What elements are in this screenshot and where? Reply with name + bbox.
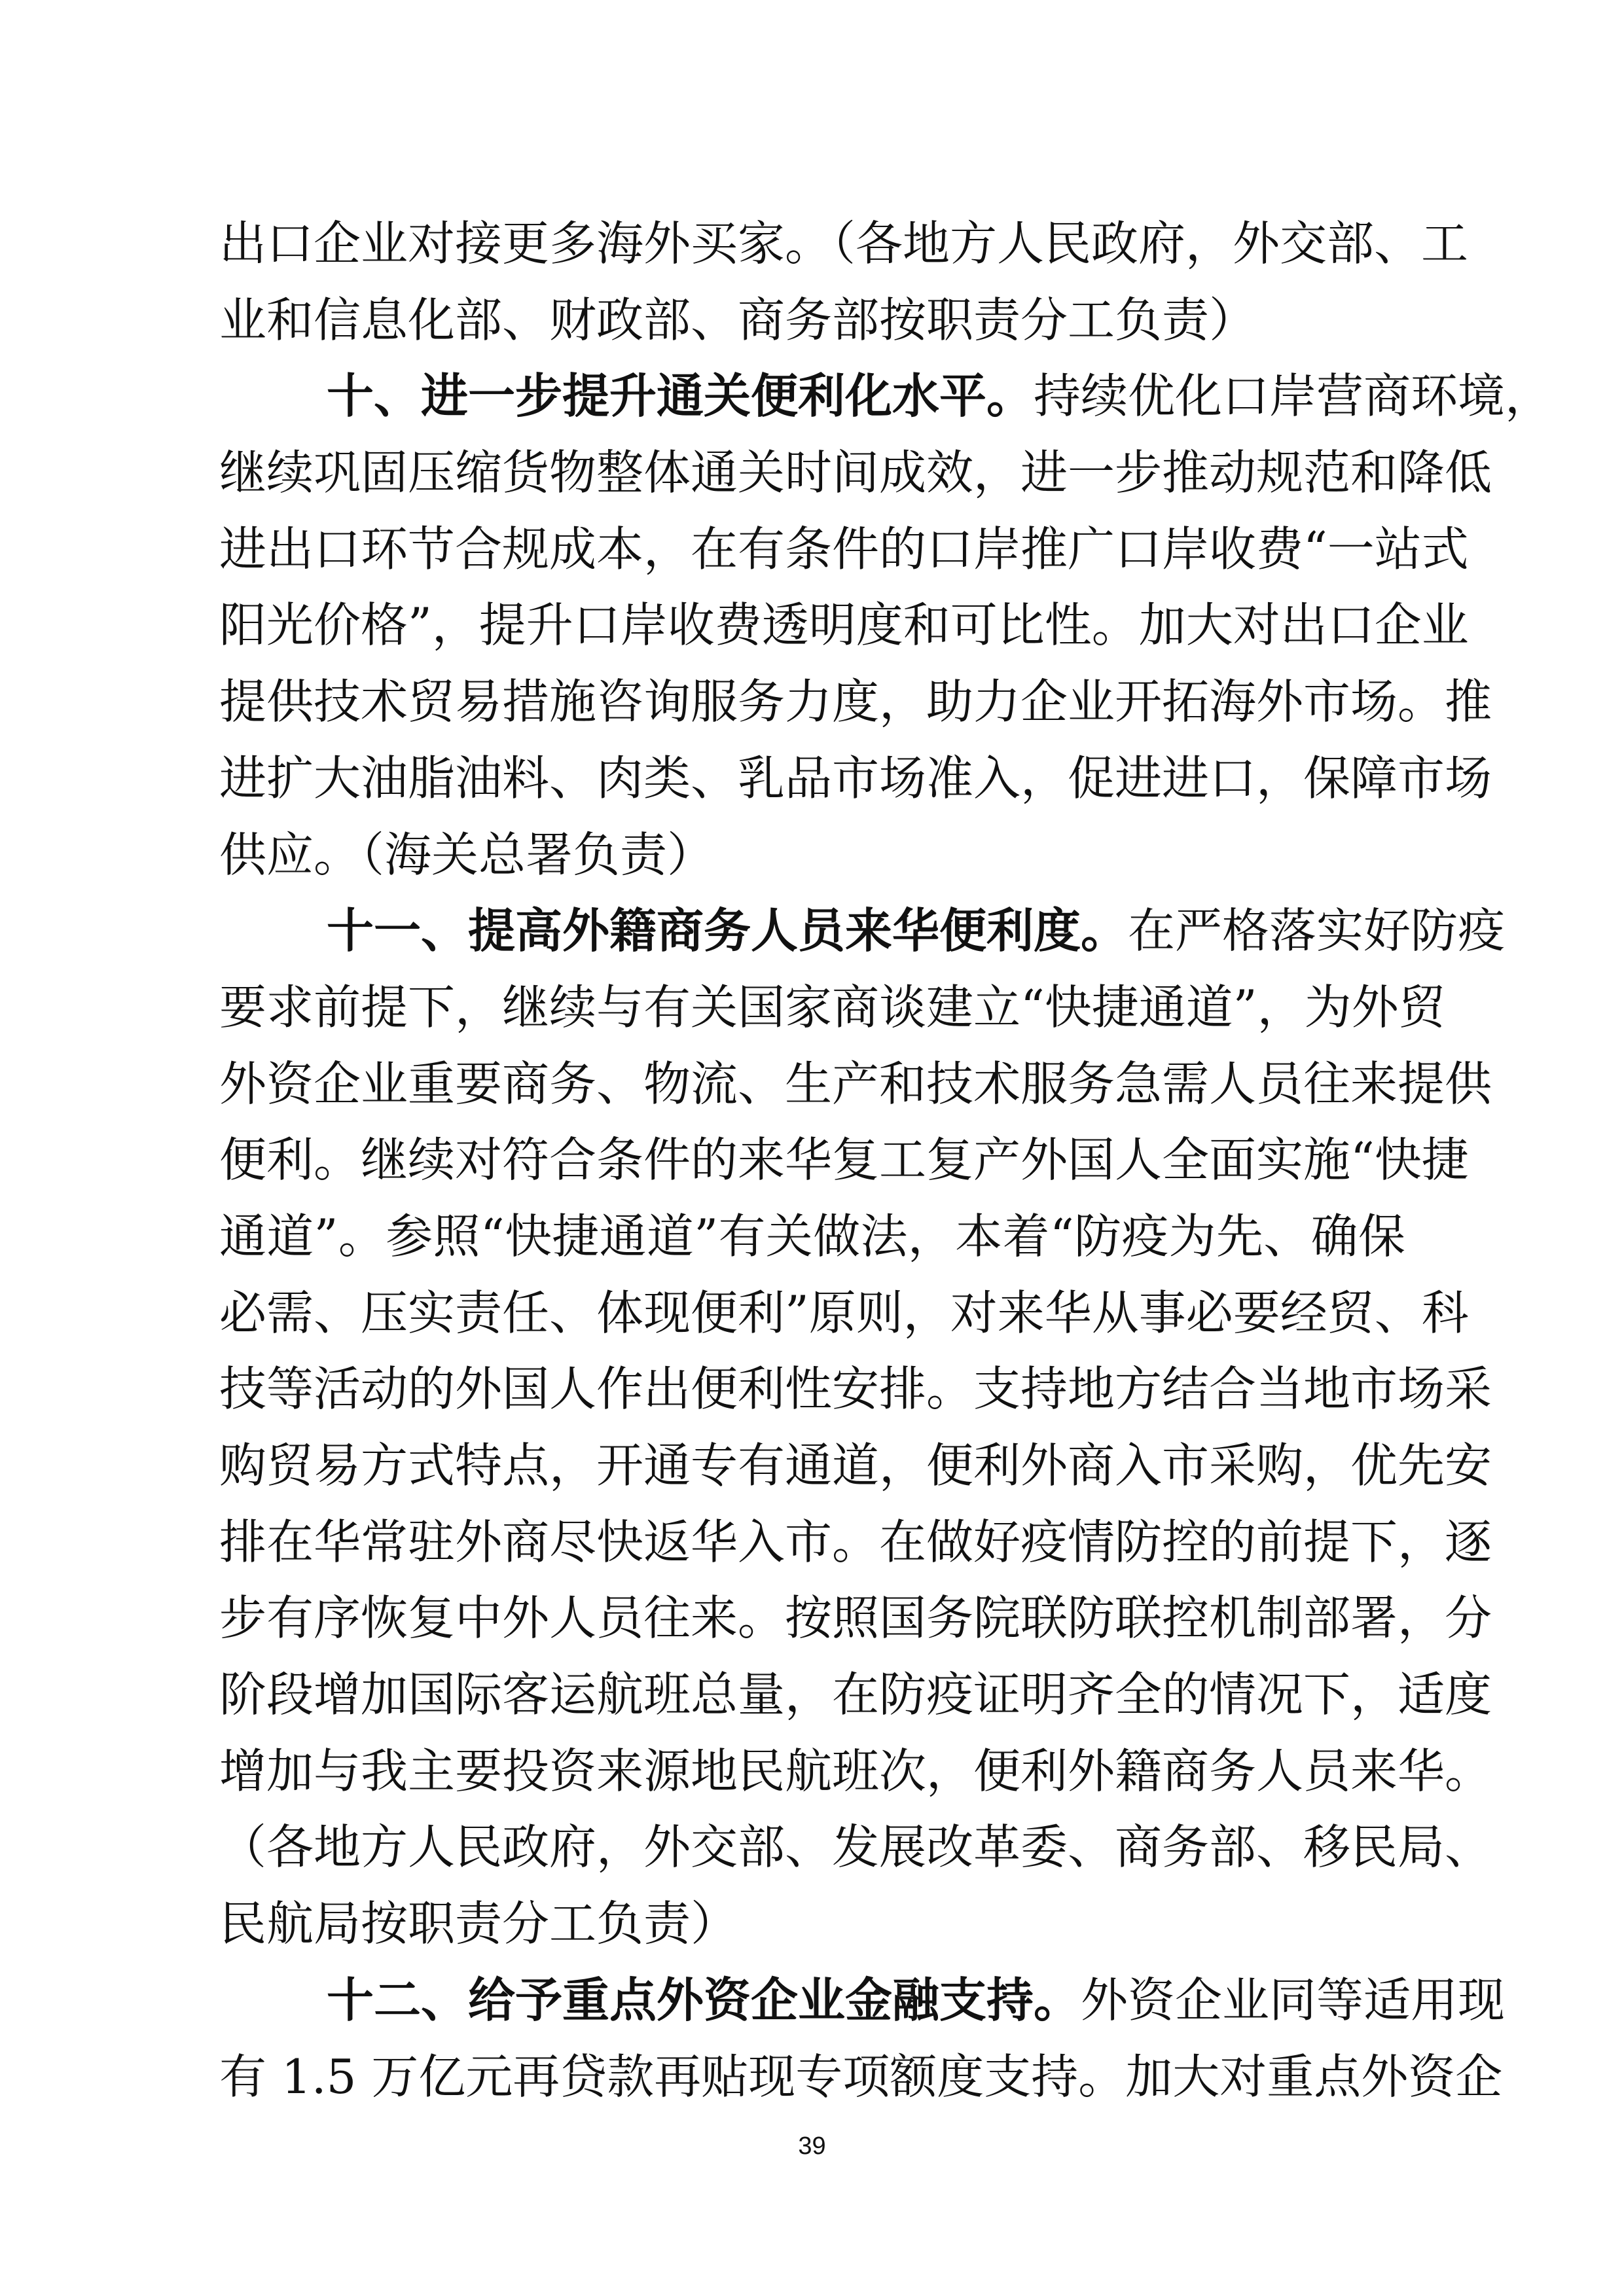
page-number: 39: [0, 2132, 1624, 2161]
text-line: 出口企业对接更多海外买家。（各地方人民政府，外交部、工: [219, 206, 1405, 282]
text-line: 步有序恢复中外人员往来。按照国务院联防联控机制部署，分: [219, 1580, 1405, 1657]
text-line: 必需、压实责任、体现便利”原则，对来华从事必要经贸、科: [219, 1275, 1405, 1352]
section-11-first-line: 十一、提高外籍商务人员来华便利度。在严格落实好防疫: [219, 893, 1405, 969]
section-10-first-line: 十、进一步提升通关便利化水平。持续优化口岸营商环境，: [219, 358, 1405, 435]
text-line: 购贸易方式特点，开通专有通道，便利外商入市采购，优先安: [219, 1427, 1405, 1504]
text-line: 继续巩固压缩货物整体通关时间成效，进一步推动规范和降低: [219, 435, 1405, 511]
text-line: 排在华常驻外商尽快返华入市。在做好疫情防控的前提下，逐: [219, 1504, 1405, 1581]
text-line: 提供技术贸易措施咨询服务力度，助力企业开拓海外市场。推: [219, 664, 1405, 740]
text-line: 技等活动的外国人作出便利性安排。支持地方结合当地市场采: [219, 1351, 1405, 1427]
text-run: 在严格落实好防疫: [1128, 903, 1505, 958]
section-heading: 十二、给予重点外资企业金融支持。: [327, 1972, 1081, 2028]
section-12-first-line: 十二、给予重点外资企业金融支持。外资企业同等适用现: [219, 1962, 1405, 2039]
section-heading: 十一、提高外籍商务人员来华便利度。: [327, 903, 1128, 958]
text-line: 阳光价格”，提升口岸收费透明度和可比性。加大对出口企业: [219, 587, 1405, 664]
text-run: 外资企业同等适用现: [1081, 1973, 1505, 2028]
text-line: 民航局按职责分工负责）: [219, 1886, 1405, 1962]
text-line: 进出口环节合规成本，在有条件的口岸推广口岸收费“一站式: [219, 511, 1405, 588]
document-body: 出口企业对接更多海外买家。（各地方人民政府，外交部、工 业和信息化部、财政部、商…: [219, 206, 1405, 2115]
text-line: 阶段增加国际客运航班总量，在防疫证明齐全的情况下，适度: [219, 1657, 1405, 1733]
text-line: 通道”。参照“快捷通道”有关做法，本着“防疫为先、确保: [219, 1198, 1405, 1275]
text-line: 业和信息化部、财政部、商务部按职责分工负责）: [219, 282, 1405, 359]
document-page: 出口企业对接更多海外买家。（各地方人民政府，外交部、工 业和信息化部、财政部、商…: [0, 0, 1624, 2296]
text-line: 便利。继续对符合条件的来华复工复产外国人全面实施“快捷: [219, 1122, 1405, 1198]
section-heading: 十、进一步提升通关便利化水平。: [327, 368, 1034, 423]
text-line: 供应。（海关总署负责）: [219, 817, 1405, 893]
text-line: 外资企业重要商务、物流、生产和技术服务急需人员往来提供: [219, 1046, 1405, 1122]
text-line: （各地方人民政府，外交部、发展改革委、商务部、移民局、: [219, 1809, 1405, 1886]
text-line: 有 1.5 万亿元再贷款再贴现专项额度支持。加大对重点外资企: [219, 2039, 1405, 2115]
text-line: 进扩大油脂油料、肉类、乳品市场准入，促进进口，保障市场: [219, 740, 1405, 817]
text-run: 持续优化口岸营商环境，: [1034, 368, 1552, 423]
text-line: 要求前提下，继续与有关国家商谈建立“快捷通道”，为外贸: [219, 969, 1405, 1046]
text-line: 增加与我主要投资来源地民航班次，便利外籍商务人员来华。: [219, 1733, 1405, 1810]
